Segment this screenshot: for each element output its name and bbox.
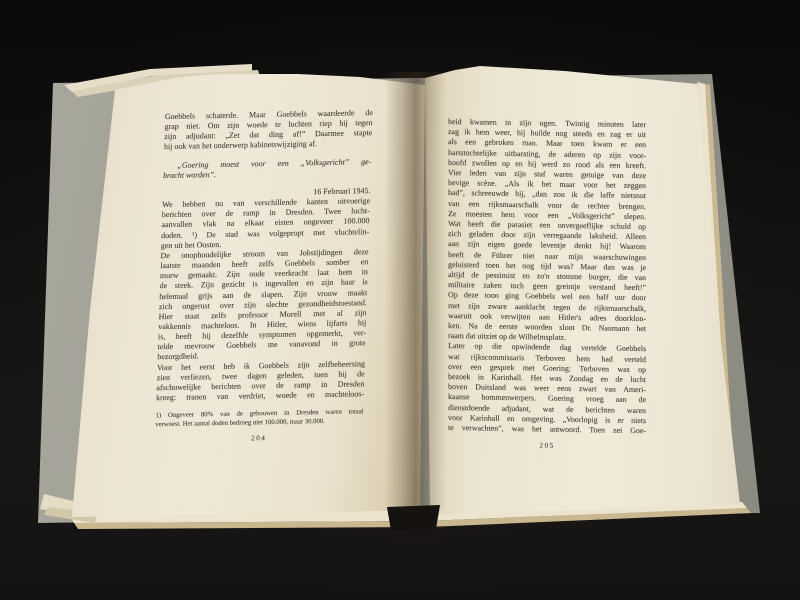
left-page-text-area: Goebbels schaterde. Maar Goebbels waarde… — [155, 108, 373, 444]
left-page-number: 204 — [155, 432, 363, 444]
left-page-body: Goebbels schaterde. Maar Goebbels waarde… — [156, 108, 373, 403]
left-page: Goebbels schaterde. Maar Goebbels waarde… — [68, 70, 430, 522]
right-page-body: heid kwamen in zijn ogen. Twintig minute… — [448, 117, 646, 436]
left-page-footnote: 1) Ongeveer 80% van de gebouwen in Dresd… — [155, 408, 364, 429]
photo-background: Goebbels schaterde. Maar Goebbels waarde… — [0, 0, 800, 600]
right-page: heid kwamen in zijn ogen. Twintig minute… — [415, 58, 750, 520]
right-page-text-area: heid kwamen in zijn ogen. Twintig minute… — [448, 117, 646, 451]
text-line: te verwachten”, was het antwoord. Toen z… — [448, 423, 646, 436]
right-page-number: 205 — [448, 440, 646, 451]
